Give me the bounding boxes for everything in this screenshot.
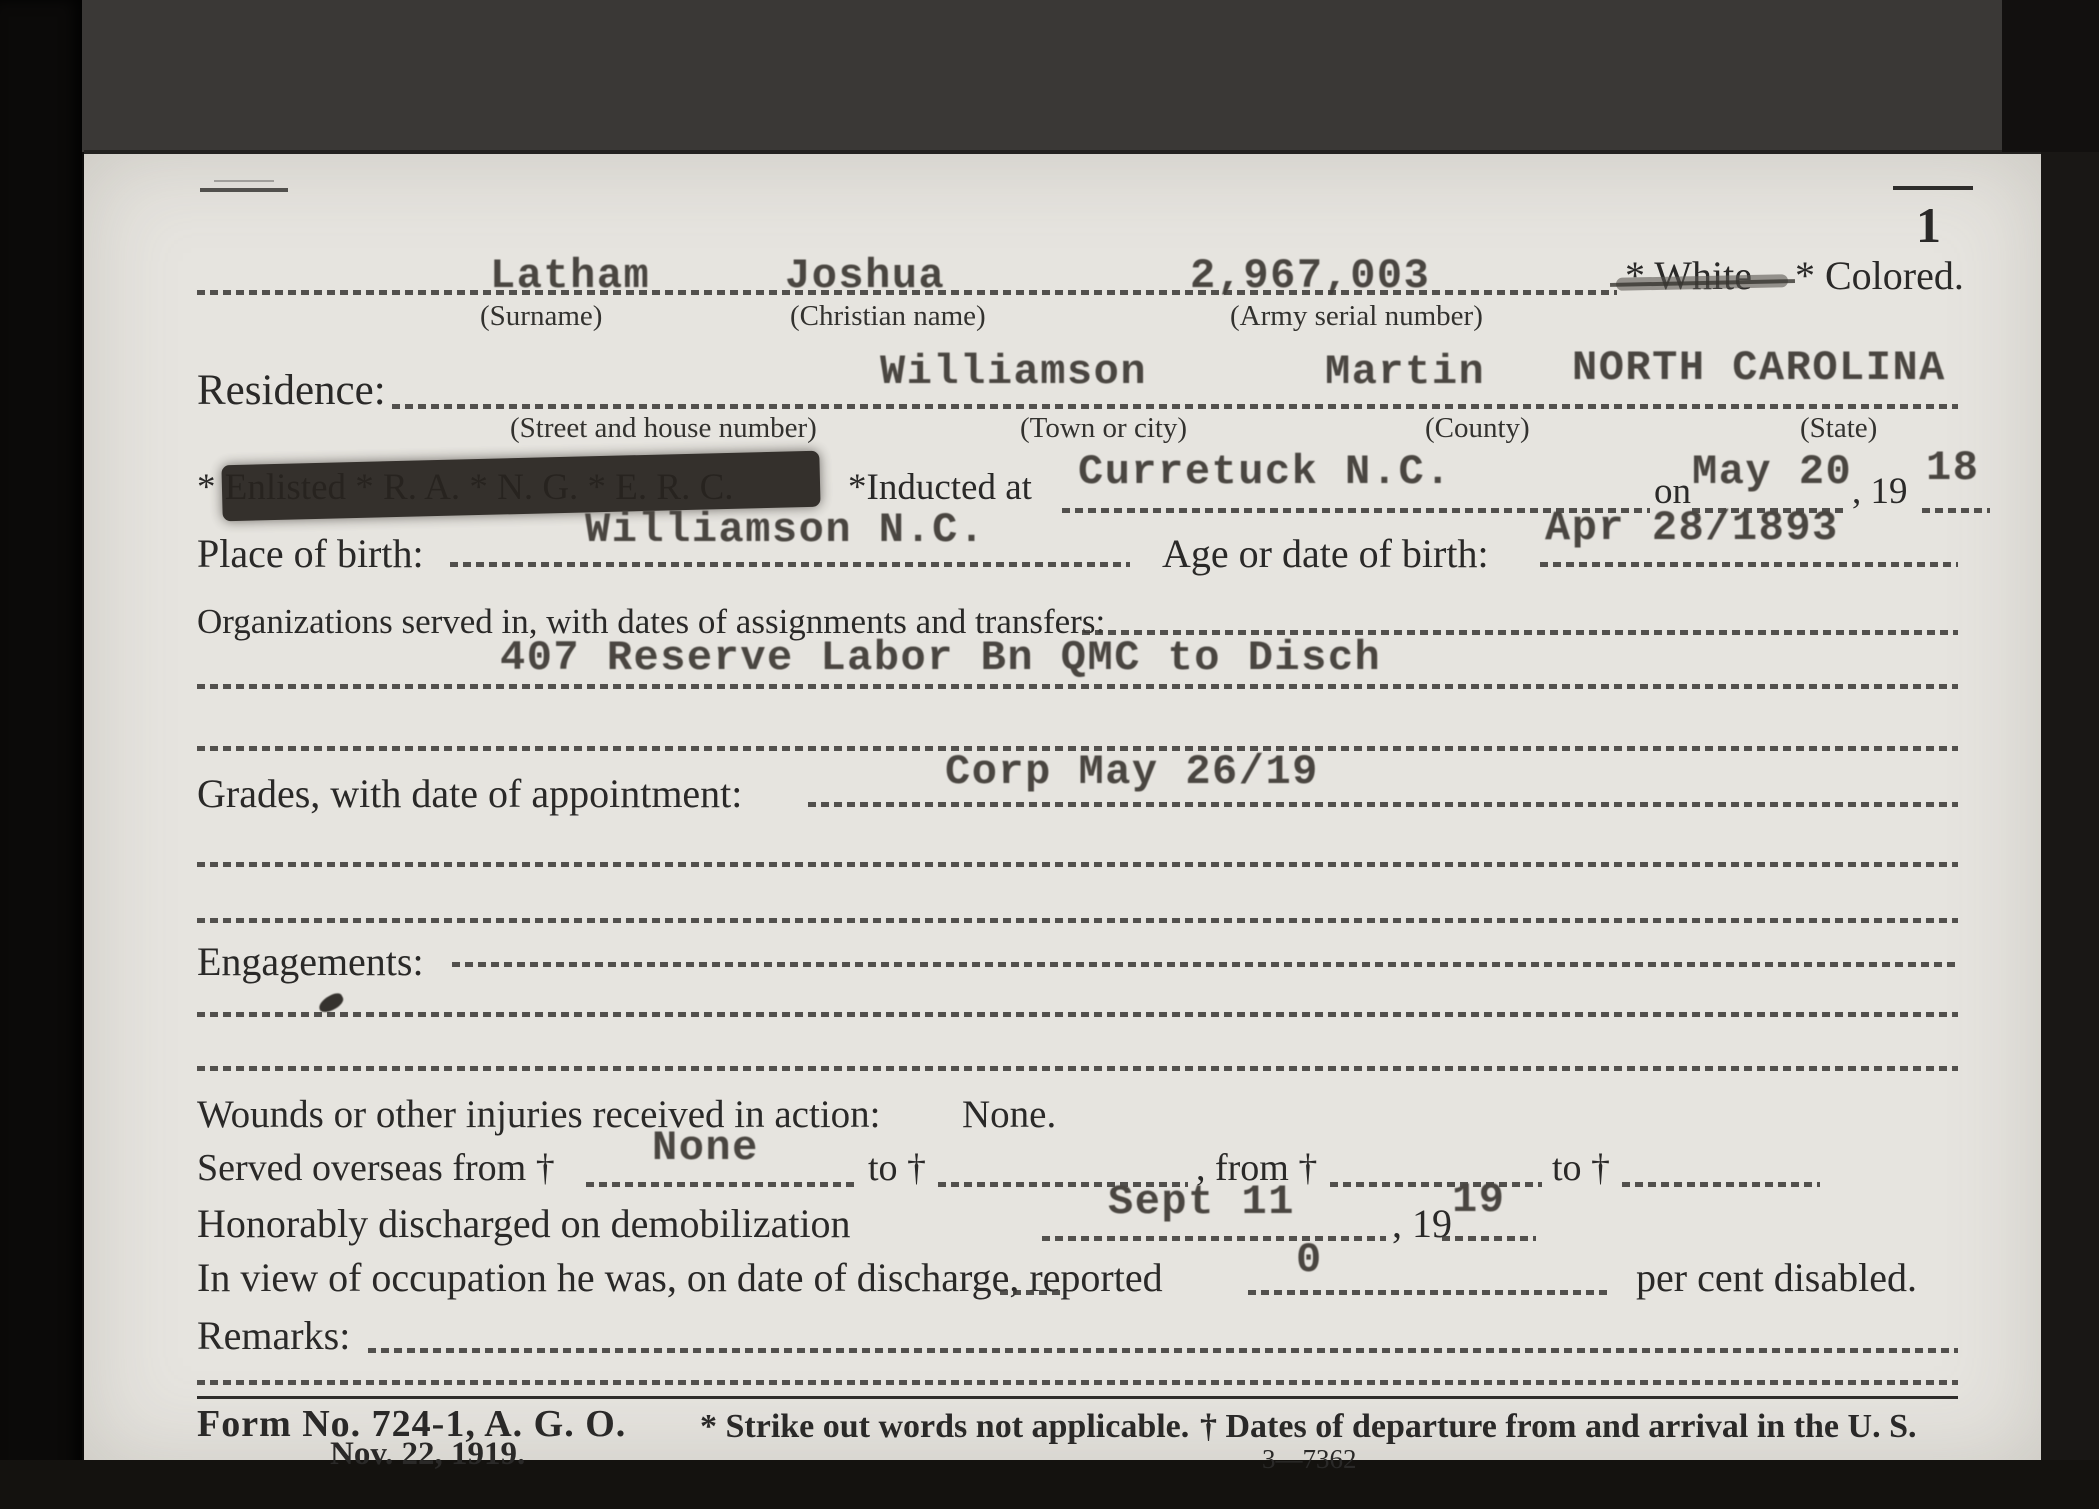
overseas-line-4 — [1622, 1182, 1820, 1187]
strike-note: * Strike out words not applicable. — [700, 1408, 1189, 1446]
disability-value: 0 — [1296, 1236, 1323, 1284]
wounds-value: None. — [962, 1092, 1056, 1137]
disability-line-2 — [1248, 1290, 1612, 1295]
footer-solid-rule — [197, 1396, 1958, 1399]
place-of-birth-value: Williamson N.C. — [585, 506, 986, 554]
remarks-label: Remarks: — [197, 1312, 350, 1359]
age-label: Age or date of birth: — [1162, 530, 1489, 577]
christian-name-caption: (Christian name) — [790, 300, 986, 333]
remarks-line — [368, 1348, 1958, 1353]
scan-border-left — [0, 0, 82, 1509]
colored-option: * Colored. — [1795, 252, 1964, 299]
serial-number-caption: (Army serial number) — [1230, 300, 1483, 333]
age-line — [1540, 562, 1958, 567]
inducted-place-value: Curretuck N.C. — [1078, 448, 1452, 496]
overseas-label: Served overseas from † — [197, 1146, 555, 1190]
grades-line-1 — [808, 802, 1958, 807]
discharge-label: Honorably discharged on demobilization — [197, 1200, 851, 1247]
grades-line-3 — [197, 918, 1958, 923]
name-row-line — [197, 290, 1617, 295]
top-left-dash — [200, 188, 288, 192]
residence-county-value: Martin — [1325, 348, 1485, 396]
engagements-line-1 — [452, 962, 1958, 967]
county-caption: (County) — [1425, 412, 1530, 445]
residence-state-value: NORTH CAROLINA — [1572, 344, 1946, 392]
engagements-line-2 — [197, 1012, 1958, 1017]
town-caption: (Town or city) — [1020, 412, 1187, 445]
scan-background-top — [0, 0, 2099, 152]
state-caption: (State) — [1800, 412, 1877, 445]
place-of-birth-label: Place of birth: — [197, 530, 424, 577]
discharge-year-value: 19 — [1452, 1176, 1505, 1224]
engagements-line-3 — [197, 1066, 1958, 1071]
form-date: Nov. 22, 1919. — [330, 1436, 525, 1473]
disability-suffix: per cent disabled. — [1636, 1254, 1917, 1301]
birth-date-value: Apr 28/1893 — [1545, 504, 1839, 552]
residence-label: Residence: — [197, 366, 386, 415]
surname-caption: (Surname) — [480, 300, 602, 333]
induction-date-value: May 20 — [1692, 448, 1852, 496]
overseas-to-label: to † — [868, 1146, 926, 1190]
engagements-label: Engagements: — [197, 938, 424, 985]
discharge-line-1 — [1042, 1236, 1386, 1241]
page-number: 1 — [1916, 196, 1941, 254]
overseas-from-value: None — [652, 1124, 759, 1172]
inducted-at-label: *Inducted at — [848, 466, 1032, 509]
street-caption: (Street and house number) — [510, 412, 817, 445]
footer-dotted-rule — [197, 1380, 1958, 1385]
page-number-overline — [1893, 186, 1973, 190]
overseas-line-3 — [1330, 1182, 1542, 1187]
grades-line-2 — [197, 862, 1958, 867]
top-left-dash-faint — [214, 180, 274, 182]
discharge-date-value: Sept 11 — [1108, 1178, 1295, 1226]
grades-entry: Corp May 26/19 — [945, 748, 1319, 796]
induction-year-prefix: , 19 — [1852, 470, 1908, 513]
residence-town-value: Williamson — [880, 348, 1147, 396]
scan-border-bottom — [0, 1460, 2099, 1509]
residence-row-line — [392, 404, 1958, 409]
organizations-entry: 407 Reserve Labor Bn QMC to Disch — [500, 634, 1381, 682]
induction-year-value: 18 — [1926, 444, 1979, 492]
grades-label: Grades, with date of appointment: — [197, 770, 742, 817]
wounds-label: Wounds or other injuries received in act… — [197, 1092, 881, 1137]
scanned-service-record: 1 Latham Joshua 2,967,003 * White * Colo… — [0, 0, 2099, 1509]
overseas-to-label-2: to † — [1552, 1146, 1610, 1190]
induction-year-line — [1922, 508, 1990, 513]
discharge-line-2 — [1442, 1236, 1536, 1241]
scan-border-top-right — [2002, 0, 2099, 152]
dagger-note: † Dates of departure from and arrival in… — [1200, 1408, 1916, 1446]
print-code: 3—7362 — [1262, 1444, 1357, 1475]
disability-line-1 — [1000, 1290, 1064, 1295]
scan-border-right — [2041, 0, 2099, 1509]
place-of-birth-line — [450, 562, 1130, 567]
overseas-line-1 — [586, 1182, 858, 1187]
organizations-line-2 — [197, 684, 1958, 689]
